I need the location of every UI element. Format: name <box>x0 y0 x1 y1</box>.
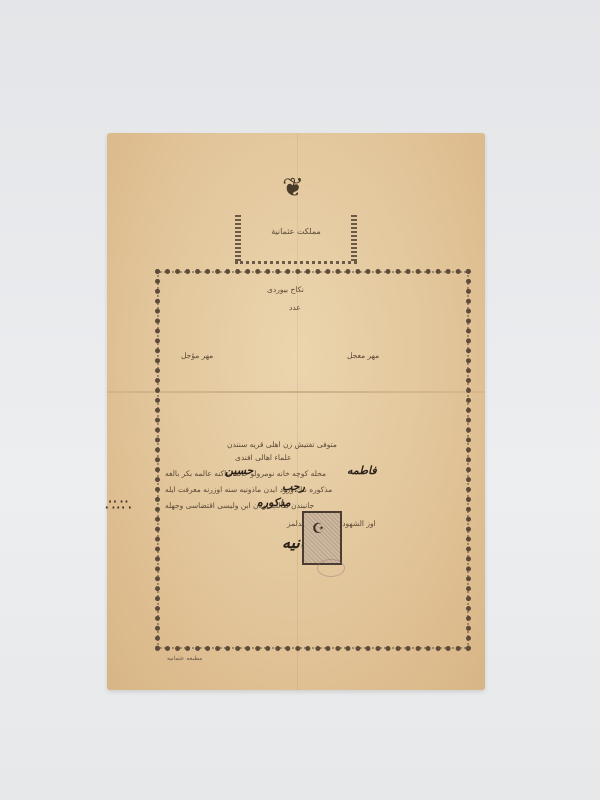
deferred-dowry-label: مهر مؤجل <box>181 351 213 360</box>
printer-line: مطبعه عثمانيه <box>167 655 202 662</box>
header-cartouche: مملكت عثمانية <box>235 213 357 264</box>
document-paper: ❦ مملكت عثمانية نكاح بيوردی عدد مهر مؤجل… <box>107 133 485 690</box>
crescent-icon: ☪ <box>312 521 325 537</box>
body-line-4: مذكوره ننك ورود ايدن ماذونيه سنه اوزرنه … <box>165 485 332 494</box>
handwritten-name-1: حسين <box>225 464 253 477</box>
revenue-stamp: ☪ <box>302 511 342 565</box>
ink-smudge: ∴∵∴ <box>105 495 130 514</box>
prompt-dowry-label: مهر معجل <box>347 351 379 360</box>
subheader: نكاح بيوردی <box>267 285 304 294</box>
body-line-2: علماء اهالی افندی <box>235 453 291 462</box>
body-line-5: جانبندن طالب اولان ابن وليسی اقتضاسی وجه… <box>165 501 314 510</box>
left-pillar-icon <box>235 213 241 261</box>
ornamental-border <box>155 269 471 651</box>
header-text: مملكت عثمانية <box>235 227 357 236</box>
handwritten-name-2: فاطمه <box>347 464 377 477</box>
seal-mark <box>317 559 345 577</box>
handwritten-name-3: رجب <box>282 480 305 493</box>
tughra-icon: ❦ <box>268 173 318 213</box>
body-line-1: متوفى تفتيش زن اهلی قريه سنندن <box>227 440 337 449</box>
handwritten-name-4: مذكوره <box>257 496 291 509</box>
number-label: عدد <box>289 303 301 312</box>
right-pillar-icon <box>351 213 357 261</box>
